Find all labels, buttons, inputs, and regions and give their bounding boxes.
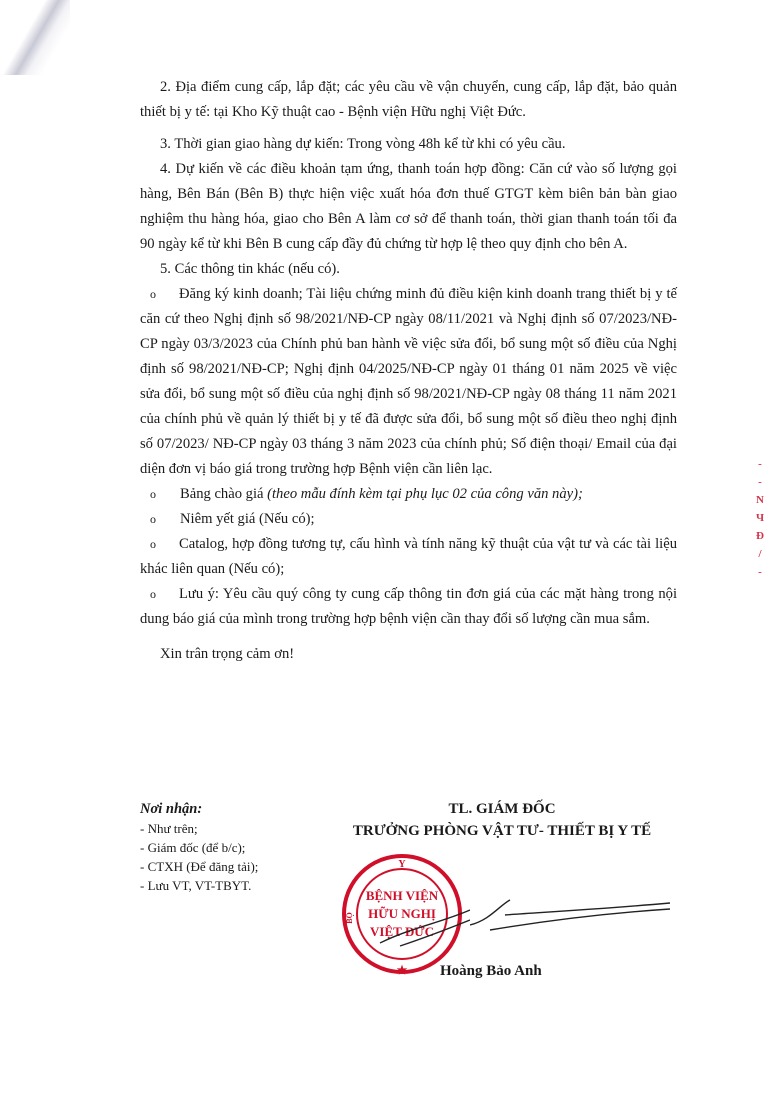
stamp-line-2: HỮU NGHỊ (368, 906, 436, 921)
signature-line-2: TRƯỞNG PHÒNG VẬT TƯ- THIẾT BỊ Y TẾ (327, 819, 677, 843)
bullet-marker: o (150, 482, 180, 507)
recipient-item: - CTXH (Để đăng tải); (140, 857, 258, 876)
signature-line-1: TL. GIÁM ĐỐC (327, 800, 677, 819)
signature-block: TL. GIÁM ĐỐC TRƯỞNG PHÒNG VẬT TƯ- THIẾT … (327, 800, 677, 843)
bullet-item: oĐăng ký kinh doanh; Tài liệu chứng minh… (140, 282, 677, 482)
bullet-marker: o (150, 507, 180, 532)
recipient-item: - Lưu VT, VT-TBYT. (140, 876, 258, 895)
item-5: 5. Các thông tin khác (nếu có). (140, 257, 677, 282)
recipient-item: - Giám đốc (để b/c); (140, 838, 258, 857)
page-fold-shadow (0, 0, 70, 75)
hospital-stamp: Y BỘ BỆNH VIỆN HỮU NGHỊ VIỆT ĐỨC ★ (340, 848, 470, 976)
bullet-marker: o (150, 582, 179, 607)
bullet-item: oCatalog, hợp đồng tương tự, cấu hình và… (140, 532, 677, 582)
recipient-item: - Như trên; (140, 819, 258, 838)
signer-name: Hoàng Bảo Anh (440, 963, 542, 980)
item-2: 2. Địa điểm cung cấp, lắp đặt; các yêu c… (140, 75, 677, 125)
bullet-marker: o (150, 282, 179, 307)
item-3: 3. Thời gian giao hàng dự kiến: Trong vò… (140, 132, 677, 157)
edge-seal-fragment: - - N Ч Đ / - (750, 455, 770, 605)
bullet-item: oLưu ý: Yêu cầu quý công ty cung cấp thô… (140, 582, 677, 632)
recipients-block: Nơi nhận: - Như trên; - Giám đốc (để b/c… (140, 800, 258, 895)
bullet-item: oBảng chào giá (theo mẫu đính kèm tại ph… (140, 482, 677, 507)
item-4: 4. Dự kiến về các điều khoản tạm ứng, th… (140, 157, 677, 257)
closing-thanks: Xin trân trọng cảm ơn! (140, 642, 677, 667)
document-body: 2. Địa điểm cung cấp, lắp đặt; các yêu c… (140, 75, 677, 667)
recipients-title: Nơi nhận: (140, 800, 258, 819)
signature-stroke-icon (470, 895, 670, 935)
star-icon: ★ (397, 963, 408, 976)
bullet-marker: o (150, 532, 179, 557)
stamp-side-letters: BỘ (345, 912, 354, 924)
stamp-top-letter: Y (398, 859, 406, 870)
stamp-line-1: BỆNH VIỆN (366, 888, 439, 903)
bullet-item: oNiêm yết giá (Nếu có); (140, 507, 677, 532)
